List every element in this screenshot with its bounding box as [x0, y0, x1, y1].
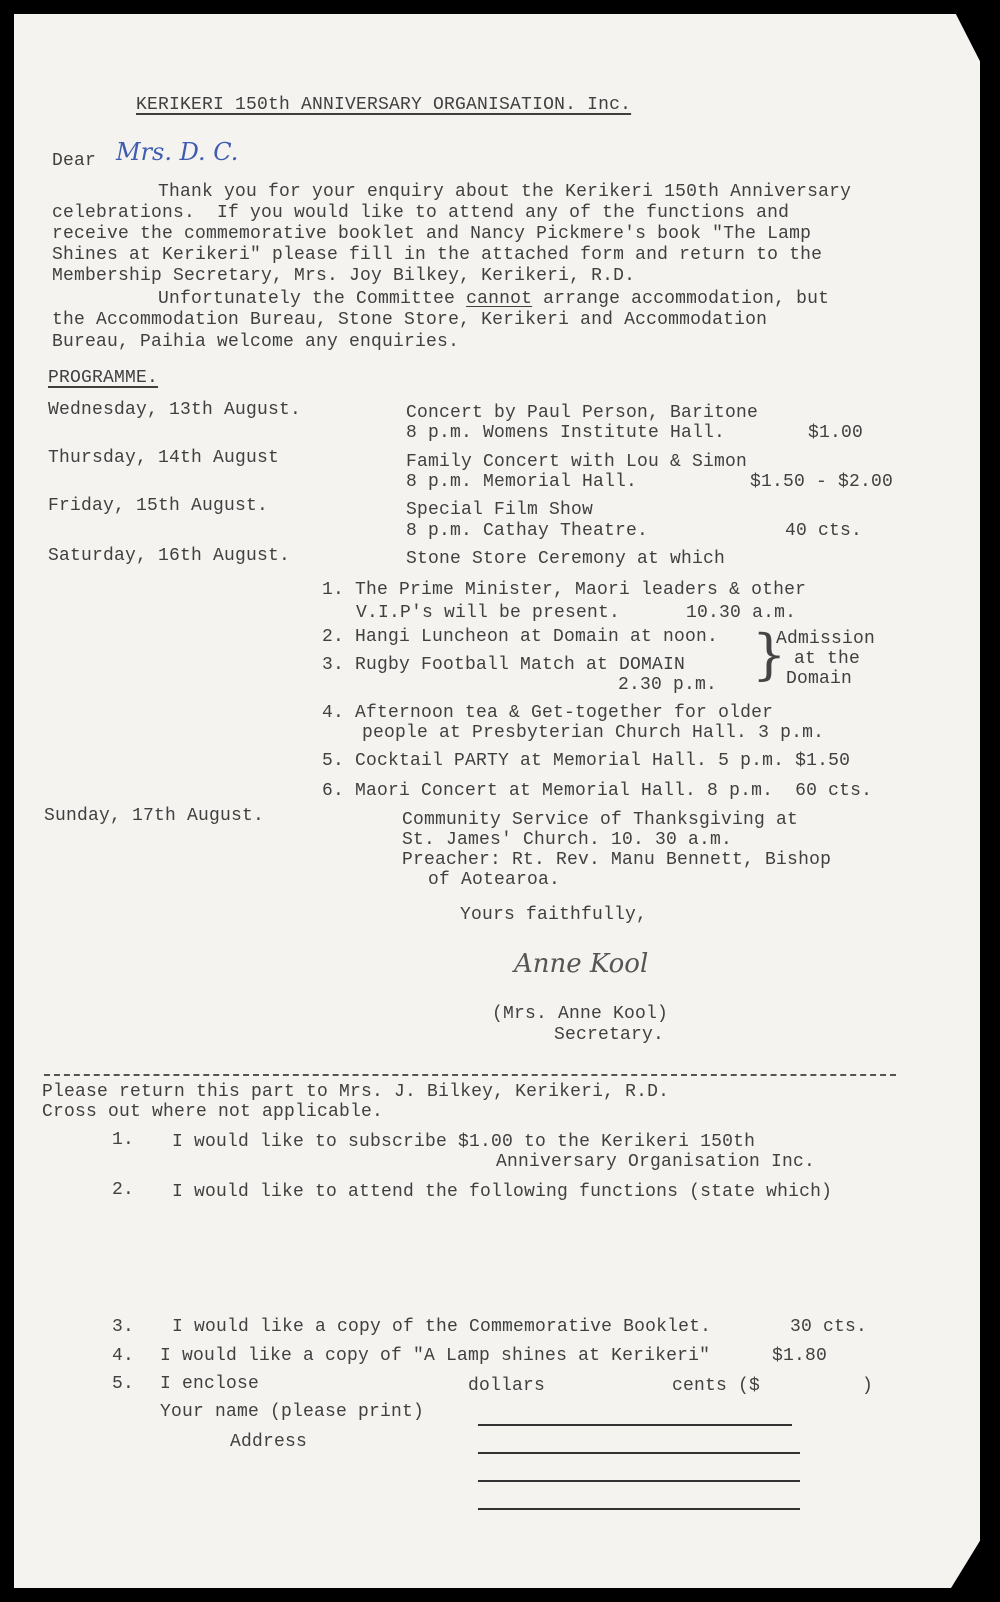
event-line: Preacher: Rt. Rev. Manu Bennett, Bishop [402, 850, 831, 870]
form-item-text[interactable]: I would like a copy of the Commemorative… [172, 1317, 711, 1337]
event-line: Special Film Show [406, 500, 593, 520]
signatory-role: Secretary. [554, 1025, 664, 1045]
signatory-name: (Mrs. Anne Kool) [492, 1004, 668, 1024]
page-title: KERIKERI 150th ANNIVERSARY ORGANISATION.… [136, 95, 631, 115]
event-line: 8 p.m. Cathay Theatre. [406, 521, 648, 541]
address-field-line[interactable] [478, 1508, 800, 1510]
saturday-item: 2.30 p.m. [618, 675, 717, 695]
programme-day: Sunday, 17th August. [44, 806, 264, 826]
form-item-number: 4. [112, 1346, 134, 1366]
event-line: Family Concert with Lou & Simon [406, 452, 747, 472]
address-field-line[interactable] [478, 1480, 800, 1482]
intro-line: Thank you for your enquiry about the Ker… [158, 182, 851, 202]
dollars-label: dollars [468, 1376, 545, 1396]
intro-line: celebrations. If you would like to atten… [52, 203, 789, 223]
event-price: $1.00 [808, 423, 863, 443]
form-item-text[interactable]: I would like a copy of "A Lamp shines at… [160, 1346, 710, 1366]
tear-off-divider [44, 1074, 896, 1076]
event-line: Community Service of Thanksgiving at [402, 810, 798, 830]
address-field-line[interactable] [478, 1452, 800, 1454]
form-item-price: $1.80 [772, 1346, 827, 1366]
admission-note: Admission [776, 629, 875, 649]
event-price: 40 cts. [785, 521, 862, 541]
handwritten-recipient: Mrs. D. C. [116, 138, 238, 166]
cents-close: ) [862, 1376, 873, 1396]
saturday-item: people at Presbyterian Church Hall. 3 p.… [362, 723, 824, 743]
programme-day: Friday, 15th August. [48, 496, 268, 516]
form-item-number: 2. [112, 1180, 134, 1200]
programme-day: Wednesday, 13th August. [48, 400, 301, 420]
event-line: Concert by Paul Person, Baritone [406, 403, 758, 423]
form-item-text: Anniversary Organisation Inc. [496, 1152, 815, 1172]
accommodation-line: the Accommodation Bureau, Stone Store, K… [52, 310, 767, 330]
intro-line: receive the commemorative booklet and Na… [52, 224, 811, 244]
saturday-item: 3. Rugby Football Match at DOMAIN [322, 655, 685, 675]
event-line: St. James' Church. 10. 30 a.m. [402, 830, 732, 850]
admission-note: Domain [786, 669, 852, 689]
address-label: Address [230, 1432, 307, 1452]
event-line: 8 p.m. Womens Institute Hall. [406, 423, 725, 443]
form-instruction: Cross out where not applicable. [42, 1102, 383, 1122]
salutation: Dear [52, 151, 96, 171]
form-return-to: Please return this part to Mrs. J. Bilke… [42, 1082, 669, 1102]
form-item-text[interactable]: I would like to subscribe $1.00 to the K… [172, 1132, 755, 1152]
saturday-item: 1. The Prime Minister, Maori leaders & o… [322, 580, 806, 600]
event-line: Stone Store Ceremony at which [406, 549, 725, 569]
form-item-number: 3. [112, 1317, 134, 1337]
saturday-item: V.I.P's will be present. 10.30 a.m. [356, 603, 796, 623]
intro-line: Shines at Kerikeri" please fill in the a… [52, 245, 822, 265]
saturday-item: 6. Maori Concert at Memorial Hall. 8 p.m… [322, 781, 872, 801]
event-line: of Aotearoa. [428, 870, 560, 890]
event-price: $1.50 - $2.00 [750, 472, 893, 492]
accommodation-line: Unfortunately the Committee cannot arran… [158, 289, 829, 309]
intro-line: Membership Secretary, Mrs. Joy Bilkey, K… [52, 266, 635, 286]
letter-page: KERIKERI 150th ANNIVERSARY ORGANISATION.… [14, 14, 980, 1588]
saturday-item: 2. Hangi Luncheon at Domain at noon. [322, 627, 718, 647]
programme-day: Thursday, 14th August [48, 448, 279, 468]
admission-note: at the [794, 649, 860, 669]
saturday-item: 5. Cocktail PARTY at Memorial Hall. 5 p.… [322, 751, 850, 771]
form-item-number: 1. [112, 1130, 134, 1150]
valediction: Yours faithfully, [460, 905, 647, 925]
form-item-text: I enclose [160, 1374, 259, 1394]
form-item-number: 5. [112, 1374, 134, 1394]
accommodation-line: Bureau, Paihia welcome any enquiries. [52, 332, 459, 352]
saturday-item: 4. Afternoon tea & Get-together for olde… [322, 703, 773, 723]
cents-label: cents ($ [672, 1376, 760, 1396]
name-field-line[interactable] [478, 1424, 792, 1426]
event-line: 8 p.m. Memorial Hall. [406, 472, 637, 492]
form-item-price: 30 cts. [790, 1317, 867, 1337]
text: Unfortunately the Committee [158, 289, 466, 309]
emphasis-cannot: cannot [466, 289, 532, 309]
name-label: Your name (please print) [160, 1402, 424, 1422]
programme-heading: PROGRAMME. [48, 368, 158, 388]
signature: Anne Kool [514, 949, 648, 979]
programme-day: Saturday, 16th August. [48, 546, 290, 566]
text: arrange accommodation, but [532, 289, 829, 309]
form-item-text[interactable]: I would like to attend the following fun… [172, 1182, 832, 1202]
